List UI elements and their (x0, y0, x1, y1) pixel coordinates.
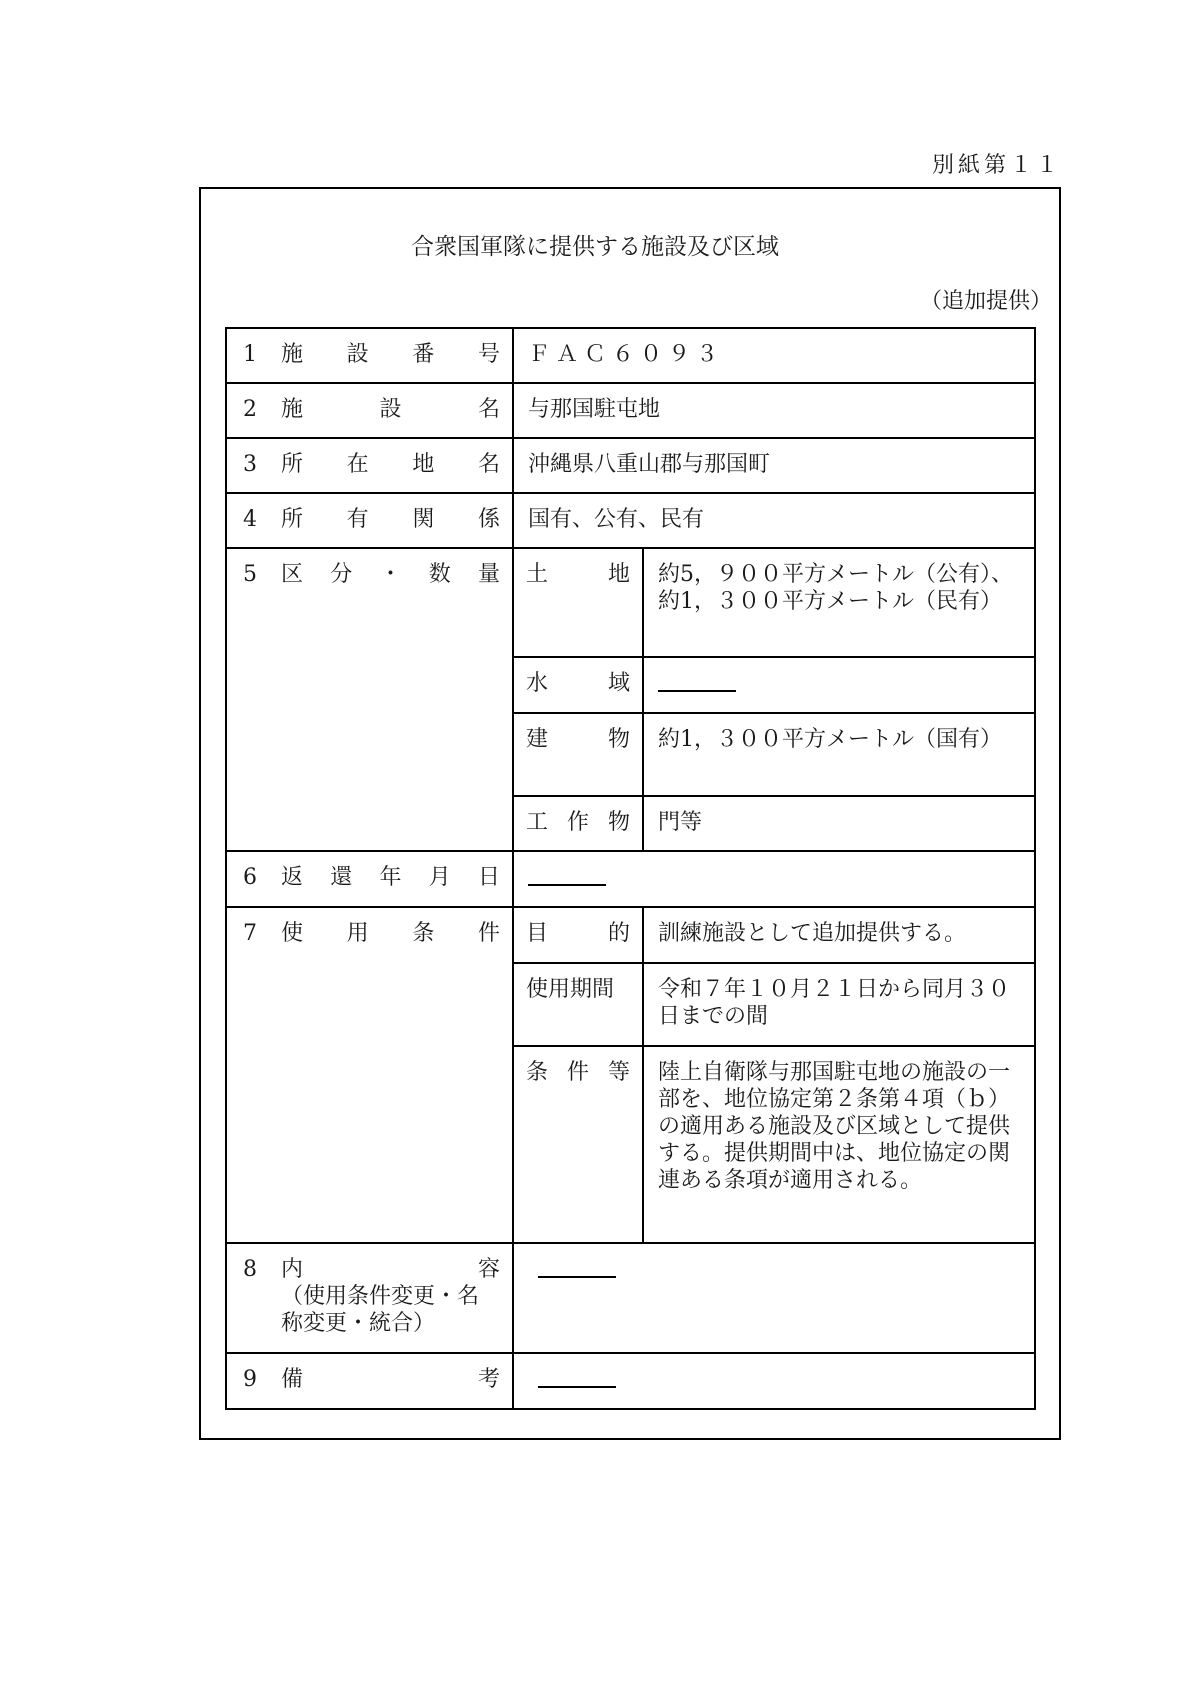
attachment-number: 別紙第１１ (932, 148, 1062, 179)
location-value: 沖縄県八重山郡与那国町 (514, 439, 1034, 478)
row-label: 区分・数量 (281, 561, 500, 588)
buildings-value: 約1，３００平方メートル（国有） (644, 714, 1034, 753)
sub-label-water: 水域 (514, 658, 642, 697)
sub-label-land: 土地 (514, 549, 642, 588)
row-label: 施設番号 (281, 341, 500, 368)
row-number: 4 (243, 506, 281, 533)
row-label: 所在地名 (281, 451, 500, 478)
empty-dash (538, 1276, 616, 1278)
structures-value: 門等 (644, 797, 1034, 836)
sub-label-period: 使用期間 (514, 964, 642, 1003)
empty-dash (538, 1386, 616, 1388)
sub-label-conditions: 条件等 (514, 1047, 642, 1086)
empty-dash (528, 884, 606, 886)
table-row-remarks: 9 備考 (226, 1353, 1035, 1409)
row-number: 8 (243, 1256, 281, 1283)
facility-number-value: ＦＡＣ６０９３ (514, 329, 1034, 368)
table-row-contents: 8 内容 （使用条件変更・名称変更・統合） (226, 1243, 1035, 1353)
purpose-value: 訓練施設として追加提供する。 (644, 908, 1034, 947)
row-label: 使用条件 (281, 920, 500, 947)
table-row-category-quantity: 5 区分・数量 土地 約5，９００平方メートル（公有）、約1，３００平方メートル… (226, 548, 1035, 657)
row-number: 5 (243, 561, 281, 588)
period-value: 令和７年１０月２１日から同月３０日までの間 (644, 964, 1034, 1030)
facility-table: 1 施設番号 ＦＡＣ６０９３ 2 施設名 与那国駐屯地 3 所在地名 沖縄県八重… (225, 327, 1036, 1410)
row-label: 内容 (281, 1256, 500, 1283)
table-row-ownership: 4 所有関係 国有、公有、民有 (226, 493, 1035, 548)
row-label: 備考 (281, 1366, 500, 1393)
row-label: 所有関係 (281, 506, 500, 533)
table-row-location: 3 所在地名 沖縄県八重山郡与那国町 (226, 438, 1035, 493)
table-row-facility-number: 1 施設番号 ＦＡＣ６０９３ (226, 328, 1035, 383)
document-subtitle: （追加提供） (920, 284, 1052, 315)
row-number: 3 (243, 451, 281, 478)
sub-label-structures: 工作物 (514, 797, 642, 836)
ownership-value: 国有、公有、民有 (514, 494, 1034, 533)
row-number: 7 (243, 920, 281, 947)
sub-label-purpose: 目的 (514, 908, 642, 947)
document-title: 合衆国軍隊に提供する施設及び区域 (0, 228, 1190, 261)
empty-dash (658, 690, 736, 692)
row-number: 6 (243, 864, 281, 891)
row-label-note: （使用条件変更・名称変更・統合） (243, 1283, 500, 1337)
table-row-return-date: 6 返還年月日 (226, 851, 1035, 907)
row-number: 2 (243, 396, 281, 423)
land-value: 約5，９００平方メートル（公有）、約1，３００平方メートル（民有） (644, 549, 1034, 615)
table-row-facility-name: 2 施設名 与那国駐屯地 (226, 383, 1035, 438)
row-number: 9 (243, 1366, 281, 1393)
row-label: 返還年月日 (281, 864, 500, 891)
conditions-value: 陸上自衛隊与那国駐屯地の施設の一部を、地位協定第２条第４項（ｂ）の適用ある施設及… (644, 1047, 1034, 1194)
row-label: 施設名 (281, 396, 500, 423)
row-number: 1 (243, 341, 281, 368)
sub-label-buildings: 建物 (514, 714, 642, 753)
table-row-usage-conditions: 7 使用条件 目的 訓練施設として追加提供する。 (226, 907, 1035, 963)
facility-name-value: 与那国駐屯地 (514, 384, 1034, 423)
